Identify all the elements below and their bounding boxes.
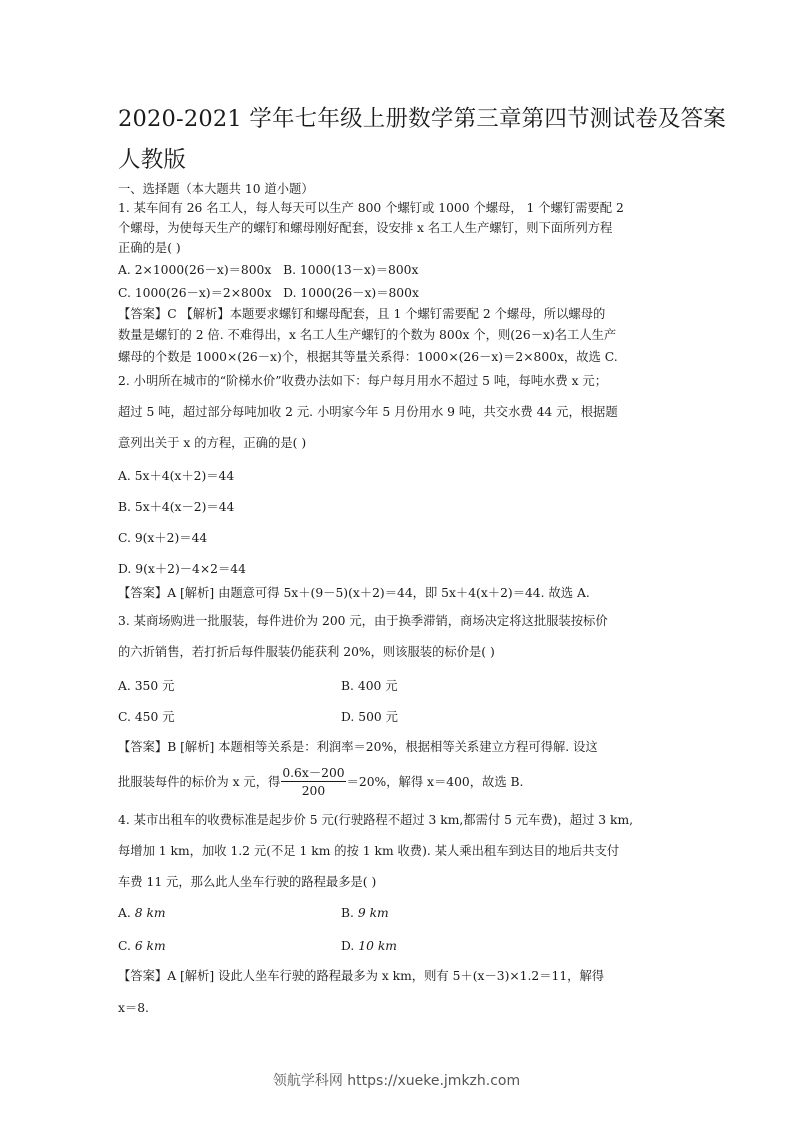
q3-option-a-text: 350 元: [135, 679, 175, 693]
q1-option-d-text: 1000(26－x)＝800x: [300, 286, 418, 300]
q4-option-d: D. 10 km: [341, 937, 397, 955]
fraction-denominator: 200: [281, 782, 345, 800]
q1-answer-line-3: 螺母的个数是 1000×(26－x)个，根据其等量关系得：1000×(26－x)…: [118, 348, 618, 366]
q2-option-a-label: A.: [118, 469, 131, 483]
q3-answer-suffix: ＝20%，解得 x＝400，故选 B.: [347, 775, 524, 789]
q2-option-b-text: 5x＋4(x－2)＝44: [135, 500, 234, 514]
q2-option-a-text: 5x＋4(x＋2)＝44: [135, 469, 234, 483]
q4-option-b-label: B.: [341, 906, 354, 920]
document-page: 2020-2021 学年七年级上册数学第三章第四节测试卷及答案 人教版 一、选择…: [0, 0, 793, 1122]
q3-option-b: B. 400 元: [341, 677, 398, 695]
q2-option-c-text: 9(x＋2)＝44: [135, 531, 207, 545]
q4-stem-line-2: 每增加 1 km，加收 1.2 元(不足 1 km 的按 1 km 收费). 某…: [118, 842, 619, 860]
q2-option-d: D. 9(x＋2)－4×2＝44: [118, 560, 246, 578]
q2-option-a: A. 5x＋4(x＋2)＝44: [118, 467, 234, 485]
q3-option-c-label: C.: [118, 710, 131, 724]
q1-option-c-label: C.: [118, 286, 131, 300]
q1-options-row-1: A. 2×1000(26－x)＝800x B. 1000(13－x)＝800x: [118, 261, 418, 279]
q4-option-a-label: A.: [118, 906, 131, 920]
q3-answer-prefix: 批服装每件的标价为 x 元，得: [118, 775, 280, 789]
q3-option-d: D. 500 元: [341, 708, 398, 726]
q2-option-d-text: 9(x＋2)－4×2＝44: [135, 562, 246, 576]
q3-option-c-text: 450 元: [135, 710, 175, 724]
q1-option-a-label: A.: [118, 263, 131, 277]
q3-options-row-2: C. 450 元 D. 500 元: [118, 708, 175, 726]
q1-stem-line-3: 正确的是( ): [118, 239, 181, 257]
q2-option-c-label: C.: [118, 531, 131, 545]
q2-option-b-label: B.: [118, 500, 131, 514]
q1-option-b-label: B.: [283, 263, 296, 277]
q3-answer-line-2: 批服装每件的标价为 x 元，得0.6x－200200＝20%，解得 x＝400，…: [118, 764, 523, 800]
q3-option-d-text: 500 元: [358, 710, 398, 724]
q3-option-a-label: A.: [118, 679, 131, 693]
q4-option-d-text: 10 km: [358, 939, 397, 953]
q4-answer-line-2: x＝8.: [118, 999, 149, 1017]
q2-answer-line-1: 【答案】A [解析] 由题意可得 5x＋(9－5)(x＋2)＝44，即 5x＋4…: [118, 584, 590, 602]
q1-answer-line-1: 【答案】C 【解析】本题要求螺钉和螺母配套，且 1 个螺钉需要配 2 个螺母，所…: [118, 305, 605, 323]
q3-option-b-label: B.: [341, 679, 354, 693]
q4-option-a-text: 8 km: [135, 906, 166, 920]
q4-options-row-2: C. 6 km D. 10 km: [118, 937, 166, 955]
q2-stem-line-2: 超过 5 吨，超过部分每吨加收 2 元. 小明家今年 5 月份用水 9 吨，共交…: [118, 403, 618, 421]
q2-option-c: C. 9(x＋2)＝44: [118, 529, 207, 547]
q2-option-b: B. 5x＋4(x－2)＝44: [118, 498, 234, 516]
q1-option-b-text: 1000(13－x)＝800x: [300, 263, 418, 277]
q4-options-row-1: A. 8 km B. 9 km: [118, 904, 166, 922]
q1-answer-line-2: 数量是螺钉的 2 倍. 不难得出，x 名工人生产螺钉的个数为 800x 个，则(…: [118, 326, 616, 344]
q2-stem-line-1: 2. 小明所在城市的“阶梯水价”收费办法如下：每户每月用水不超过 5 吨，每吨水…: [118, 372, 607, 390]
q4-option-d-label: D.: [341, 939, 354, 953]
q4-option-b: B. 9 km: [341, 904, 389, 922]
q1-option-a-text: 2×1000(26－x)＝800x: [135, 263, 272, 277]
q3-stem-line-1: 3. 某商场购进一批服装，每件进价为 200 元，由于换季滞销，商场决定将这批服…: [118, 612, 608, 630]
q4-option-c-label: C.: [118, 939, 131, 953]
q1-options-row-2: C. 1000(26－x)＝2×800x D. 1000(26－x)＝800x: [118, 284, 419, 302]
q3-option-d-label: D.: [341, 710, 354, 724]
q1-option-c-text: 1000(26－x)＝2×800x: [135, 286, 272, 300]
q4-answer-line-1: 【答案】A [解析] 设此人坐车行驶的路程最多为 x km，则有 5＋(x－3)…: [118, 967, 604, 985]
document-title-line-1: 2020-2021 学年七年级上册数学第三章第四节测试卷及答案: [118, 102, 688, 136]
q3-answer-line-1: 【答案】B [解析] 本题相等关系是：利润率＝20%，根据相等关系建立方程可得解…: [118, 738, 598, 756]
q3-options-row-1: A. 350 元 B. 400 元: [118, 677, 174, 695]
q1-stem-line-2: 个螺母，为使每天生产的螺钉和螺母刚好配套，设安排 x 名工人生产螺钉，则下面所列…: [118, 219, 612, 237]
q1-stem-line-1: 1. 某车间有 26 名工人，每人每天可以生产 800 个螺钉或 1000 个螺…: [118, 199, 624, 217]
q4-stem-line-3: 车费 11 元，那么此人坐车行驶的路程最多是( ): [118, 873, 376, 891]
q4-option-c-text: 6 km: [135, 939, 166, 953]
q1-option-d-label: D.: [283, 286, 296, 300]
q4-option-b-text: 9 km: [358, 906, 389, 920]
q3-answer-fraction: 0.6x－200200: [281, 765, 345, 800]
footer-watermark: 领航学科网 https://xueke.jmkzh.com: [0, 1070, 793, 1090]
q3-stem-line-2: 的六折销售，若打折后每件服装仍能获利 20%，则该服装的标价是( ): [118, 643, 495, 661]
q3-option-b-text: 400 元: [358, 679, 398, 693]
q4-stem-line-1: 4. 某市出租车的收费标准是起步价 5 元(行驶路程不超过 3 km,都需付 5…: [118, 811, 633, 829]
section-heading: 一、选择题（本大题共 10 道小题）: [118, 180, 314, 198]
q2-stem-line-3: 意列出关于 x 的方程，正确的是( ): [118, 434, 306, 452]
document-title-line-2: 人教版: [118, 143, 688, 177]
q2-option-d-label: D.: [118, 562, 131, 576]
fraction-numerator: 0.6x－200: [281, 765, 345, 782]
